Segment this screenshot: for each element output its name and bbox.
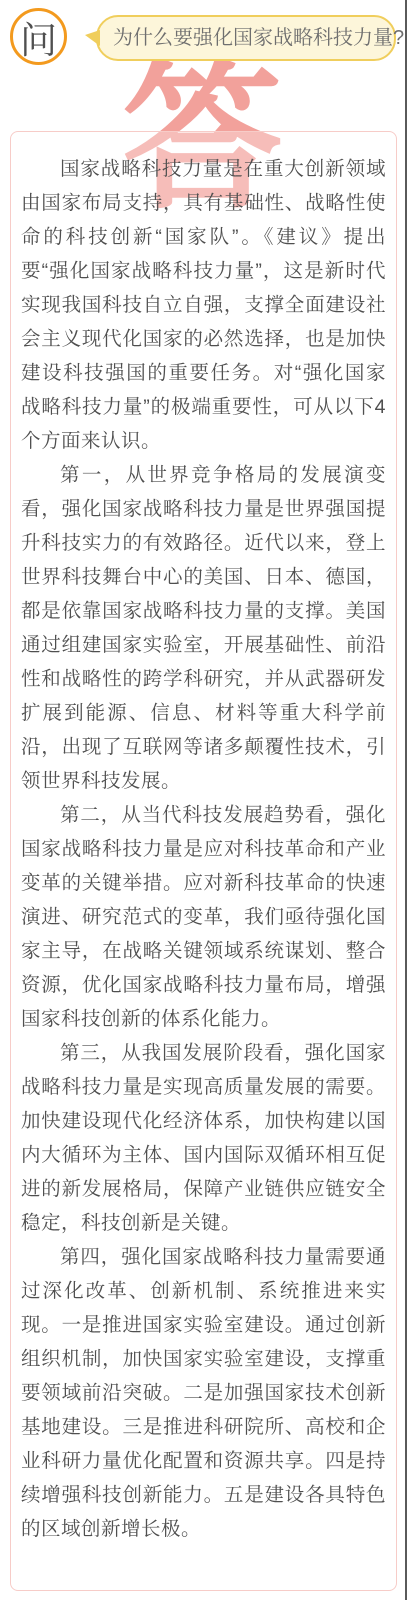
article-page: 问 为什么要强化国家战略科技力量? 答 国家战略科技力量是在重大创新领域由国家布… xyxy=(0,0,407,1600)
answer-card: 国家战略科技力量是在重大创新领域由国家布局支持，具有基础性、战略性使命的科技创新… xyxy=(10,131,397,1591)
question-text: 为什么要强化国家战略科技力量? xyxy=(113,27,404,49)
question-badge: 问 xyxy=(10,8,67,65)
answer-paragraph-1: 国家战略科技力量是在重大创新领域由国家布局支持，具有基础性、战略性使命的科技创新… xyxy=(21,152,386,458)
answer-paragraph-2: 第一，从世界竞争格局的发展演变看，强化国家战略科技力量是世界强国提升科技实力的有… xyxy=(21,458,386,798)
question-badge-label: 问 xyxy=(20,10,57,64)
answer-paragraph-3: 第二，从当代科技发展趋势看，强化国家战略科技力量是应对科技革命和产业变革的关键举… xyxy=(21,798,386,1036)
answer-paragraph-5: 第四，强化国家战略科技力量需要通过深化改革、创新机制、系统推进来实现。一是推进国… xyxy=(21,1240,386,1546)
question-bubble: 为什么要强化国家战略科技力量? xyxy=(96,15,396,61)
answer-paragraph-4: 第三，从我国发展阶段看，强化国家战略科技力量是实现高质量发展的需要。加快建设现代… xyxy=(21,1036,386,1240)
bubble-tail-icon xyxy=(85,30,100,46)
